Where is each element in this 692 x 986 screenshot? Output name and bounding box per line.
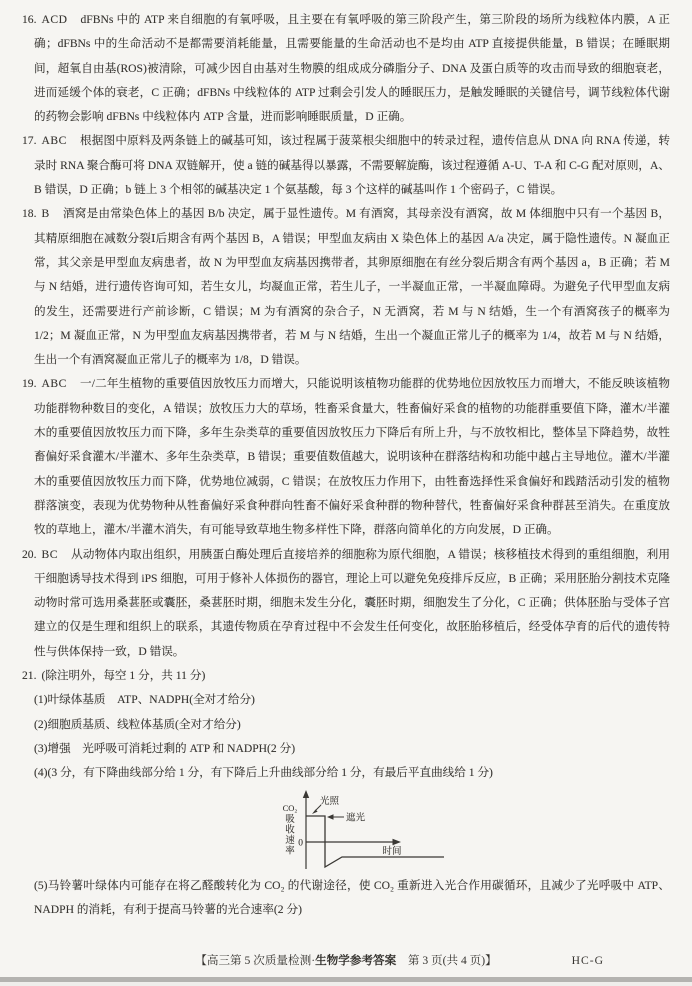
- footer-title-bold: 生物学参考答案: [315, 954, 396, 967]
- page-footer: 【高三第 5 次质量检测·生物学参考答案 第 3 页(共 4 页)】 HC-G: [0, 953, 692, 969]
- answer-letters: BC: [42, 548, 58, 561]
- item-number: 21.: [22, 669, 37, 682]
- shade-annotation-label: 遮光: [346, 811, 366, 823]
- answer-item-18: 18.B酒窝是由常染色体上的基因 B/b 决定，属于显性遗传。M 有酒窝，其母亲…: [22, 202, 670, 372]
- answer-explanation: 根据图中原料及两条链上的碱基可知，该过程属于菠菜根尖细胞中的转录过程，遗传信息从…: [34, 134, 670, 196]
- answer-letters: ABC: [42, 377, 67, 390]
- y-axis-arrow-icon: [303, 790, 309, 798]
- answer-content: 16.ACDdFBNs 中的 ATP 来自细胞的有氧呼吸，且主要在有氧呼吸的第三…: [22, 8, 670, 922]
- answer-item-21: 21.(除注明外，每空 1 分，共 11 分) (1)叶绿体基质 ATP、NAD…: [22, 664, 670, 922]
- x-axis-label: 时间: [382, 845, 401, 857]
- item-number: 16.: [22, 13, 37, 26]
- footer-page-number: 第 3 页(共 4 页)】: [396, 954, 496, 967]
- y-axis-label-char: 速: [285, 834, 295, 846]
- answer-item-20: 20.BC从动物体内取出组织，用胰蛋白酶处理后直接培养的细胞称为原代细胞，A 错…: [22, 543, 670, 664]
- answer-item-17: 17.ABC根据图中原料及两条链上的碱基可知，该过程属于菠菜根尖细胞中的转录过程…: [22, 129, 670, 202]
- answer-letters: B: [42, 207, 50, 220]
- answer-letters: ACD: [42, 13, 68, 26]
- answer-explanation: 酒窝是由常染色体上的基因 B/b 决定，属于显性遗传。M 有酒窝，其母亲没有酒窝…: [34, 207, 670, 366]
- item-21-header: 21.(除注明外，每空 1 分，共 11 分): [22, 664, 670, 688]
- item-21-part-5: (5)马铃薯叶绿体内可能存在将乙醛酸转化为 CO₂ 的代谢途径，使 CO₂ 重新…: [22, 874, 670, 923]
- exam-answer-page: 16.ACDdFBNs 中的 ATP 来自细胞的有氧呼吸，且主要在有氧呼吸的第三…: [0, 0, 692, 986]
- item-21-part-4: (4)(3 分，有下降曲线部分给 1 分，有下降后上升曲线部分给 1 分，有最后…: [22, 761, 670, 785]
- item-21-part-2: (2)细胞质基质、线粒体基质(全对才给分): [22, 713, 670, 737]
- answer-item-16: 16.ACDdFBNs 中的 ATP 来自细胞的有氧呼吸，且主要在有氧呼吸的第三…: [22, 8, 670, 129]
- light-annotation-arrowhead-icon: [312, 809, 318, 814]
- answer-item-19: 19.ABC一/二年生植物的重要值因放牧压力而增大，只能说明该植物功能群的优势地…: [22, 372, 670, 542]
- light-annotation-label: 光照: [320, 795, 340, 807]
- item-21-part-1: (1)叶绿体基质 ATP、NADPH(全对才给分): [22, 688, 670, 712]
- y-axis-label-char: 收: [285, 823, 295, 835]
- shade-annotation-arrowhead-icon: [327, 814, 334, 819]
- footer-title-pre: 【高三第 5 次质量检测·: [195, 954, 315, 967]
- co2-uptake-rate-chart: CO₂ 吸 收 速 率 0 光照 遮光 时间: [280, 789, 460, 873]
- answer-explanation: dFBNs 中的 ATP 来自细胞的有氧呼吸，且主要在有氧呼吸的第三阶段产生，第…: [34, 13, 670, 123]
- y-axis-label-co2: CO₂: [283, 803, 298, 813]
- y-axis-label-char: 率: [285, 844, 295, 856]
- scan-bottom-margin: [0, 982, 692, 986]
- item-number: 19.: [22, 377, 37, 390]
- item-21-part-3: (3)增强 光呼吸可消耗过剩的 ATP 和 NADPH(2 分): [22, 737, 670, 761]
- y-axis-label-char: 吸: [285, 814, 295, 825]
- x-axis-arrow-icon: [393, 838, 402, 844]
- item-number: 18.: [22, 207, 37, 220]
- origin-zero-label: 0: [298, 838, 303, 848]
- answer-explanation: 从动物体内取出组织，用胰蛋白酶处理后直接培养的细胞称为原代细胞，A 错误；核移植…: [34, 548, 670, 658]
- answer-explanation: 一/二年生植物的重要值因放牧压力而增大，只能说明该植物功能群的优势地位因放牧压力…: [34, 377, 670, 536]
- footer-code: HC-G: [572, 953, 604, 969]
- light-annotation-arrow: [316, 805, 322, 811]
- answer-letters: ABC: [42, 134, 67, 147]
- item-number: 20.: [22, 548, 37, 561]
- item-number: 17.: [22, 134, 37, 147]
- scoring-note: (除注明外，每空 1 分，共 11 分): [42, 669, 206, 682]
